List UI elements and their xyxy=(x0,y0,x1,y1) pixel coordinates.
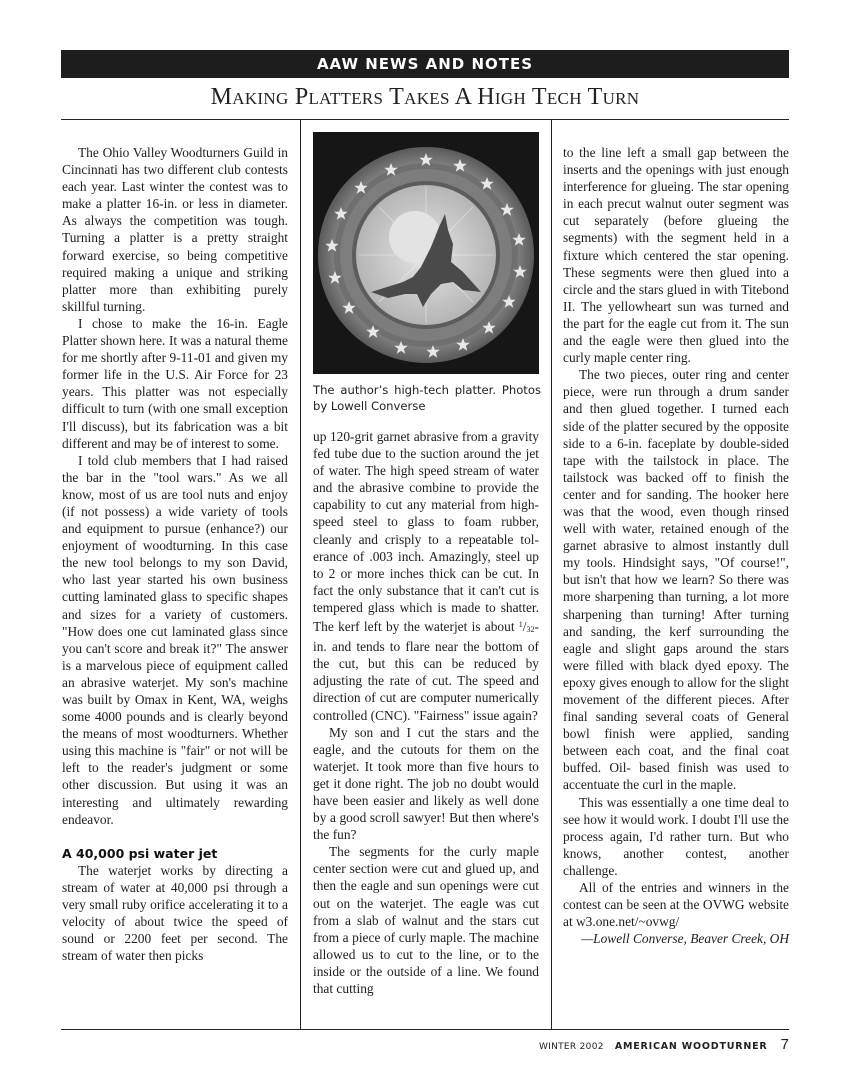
column-3: to the line left a small gap between the… xyxy=(563,144,789,947)
subheading: A 40,000 psi water jet xyxy=(62,845,288,862)
paragraph: The waterjet works by directing a stream… xyxy=(62,862,288,965)
fraction-numerator: 1 xyxy=(519,620,523,629)
platter-photo xyxy=(313,132,539,374)
page-footer: WINTER 2002 AMERICAN WOODTURNER 7 xyxy=(539,1034,789,1053)
paragraph: I told club members that I had raised th… xyxy=(62,452,288,828)
paragraph: The Ohio Valley Woodturners Guild in Cin… xyxy=(62,144,288,315)
column-2: up 120-grit garnet abrasive from a gravi… xyxy=(313,428,539,997)
paragraph: I chose to make the 16-in. Eagle Platter… xyxy=(62,315,288,452)
bottom-rule xyxy=(61,1029,789,1030)
section-banner: AAW NEWS AND NOTES xyxy=(61,50,789,78)
eagle-platter-image xyxy=(313,132,539,374)
column-divider-1 xyxy=(300,119,301,1030)
top-rule xyxy=(61,119,789,120)
magazine-name: AMERICAN WOODTURNER xyxy=(615,1041,768,1052)
fraction-denominator: 32 xyxy=(527,625,535,634)
paragraph: The two pieces, outer ring and cen­ter p… xyxy=(563,366,789,793)
column-1: The Ohio Valley Woodturners Guild in Cin… xyxy=(62,144,288,964)
article-title: Making Platters Takes A High Tech Turn xyxy=(61,84,789,111)
paragraph: My son and I cut the stars and the eagle… xyxy=(313,724,539,844)
paragraph: up 120-grit garnet abrasive from a gravi… xyxy=(313,428,539,724)
column-divider-2 xyxy=(551,119,552,1030)
paragraph: This was essentially a one time deal to … xyxy=(563,794,789,879)
paragraph: to the line left a small gap between the… xyxy=(563,144,789,366)
paragraph: The segments for the curly maple center … xyxy=(313,843,539,997)
page-number: 7 xyxy=(781,1036,789,1053)
photo-caption: The author’s high-tech platter. Photos b… xyxy=(313,382,541,414)
paragraph: All of the entries and winners in the co… xyxy=(563,879,789,930)
author-signature: —Lowell Converse, Beaver Creek, OH xyxy=(563,930,789,947)
issue-date: WINTER 2002 xyxy=(539,1042,604,1052)
